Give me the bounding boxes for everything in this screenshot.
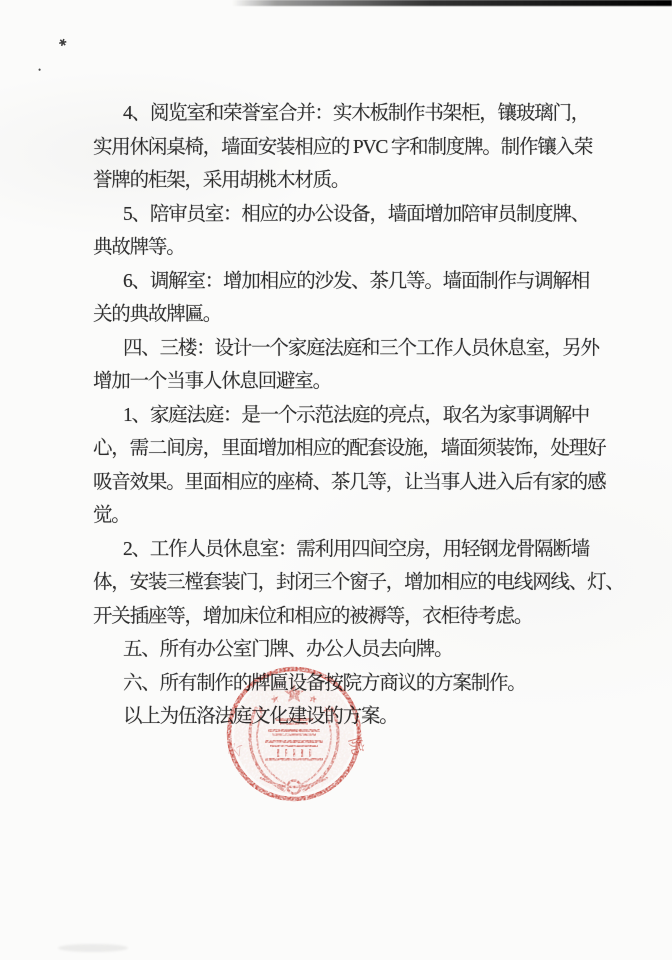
document-body: 4、阅览室和荣誉室合并：实木板制作书架柜，镶玻璃门，实用休闲桌椅，墙面安装相应的… <box>93 97 633 734</box>
document-line: 4、阅览室和荣誉室合并：实木板制作书架柜，镶玻璃门， <box>93 97 633 131</box>
document-line: 5、陪审员室：相应的办公设备，墙面增加陪审员制度牌、 <box>93 198 633 232</box>
official-seal-stamp: 云 院 <box>219 659 369 809</box>
document-line: 心，需二间房，里面增加相应的配套设施，墙面须装饰，处理好 <box>93 432 633 466</box>
ink-speck-icon: • <box>38 66 41 75</box>
document-line: 2、工作人员休息室：需利用四间空房，用轻钢龙骨隔断墙 <box>93 533 633 567</box>
document-line: 体，安装三樘套装门，封闭三个窗子，增加相应的电线网线、灯、 <box>93 566 633 600</box>
document-line: 四、三楼：设计一个家庭法庭和三个工作人员休息室，另外 <box>93 332 633 366</box>
ink-speck-icon: ✱ <box>57 38 68 50</box>
scanned-document-page: ✱ • 4、阅览室和荣誉室合并：实木板制作书架柜，镶玻璃门，实用休闲桌椅，墙面安… <box>0 0 672 960</box>
document-line: 开关插座等，增加床位和相应的被褥等，衣柜待考虑。 <box>93 600 633 634</box>
seal-graphic: 云 院 <box>219 659 369 809</box>
document-line: 关的典故牌匾。 <box>93 298 633 332</box>
scan-smudge <box>58 944 128 952</box>
document-line: 1、家庭法庭：是一个示范法庭的亮点，取名为家事调解中 <box>93 399 633 433</box>
document-line: 6、调解室：增加相应的沙发、茶几等。墙面制作与调解相 <box>93 265 633 299</box>
scan-edge-shadow <box>232 0 672 6</box>
document-line: 实用休闲桌椅，墙面安装相应的 PVC 字和制度牌。制作镶入荣 <box>93 131 633 165</box>
document-line: 增加一个当事人休息回避室。 <box>93 365 633 399</box>
document-line: 誉牌的柜架，采用胡桃木材质。 <box>93 164 633 198</box>
document-line: 吸音效果。里面相应的座椅、茶几等，让当事人进入后有家的感 <box>93 466 633 500</box>
document-line: 典故牌等。 <box>93 231 633 265</box>
document-line: 觉。 <box>93 499 633 533</box>
